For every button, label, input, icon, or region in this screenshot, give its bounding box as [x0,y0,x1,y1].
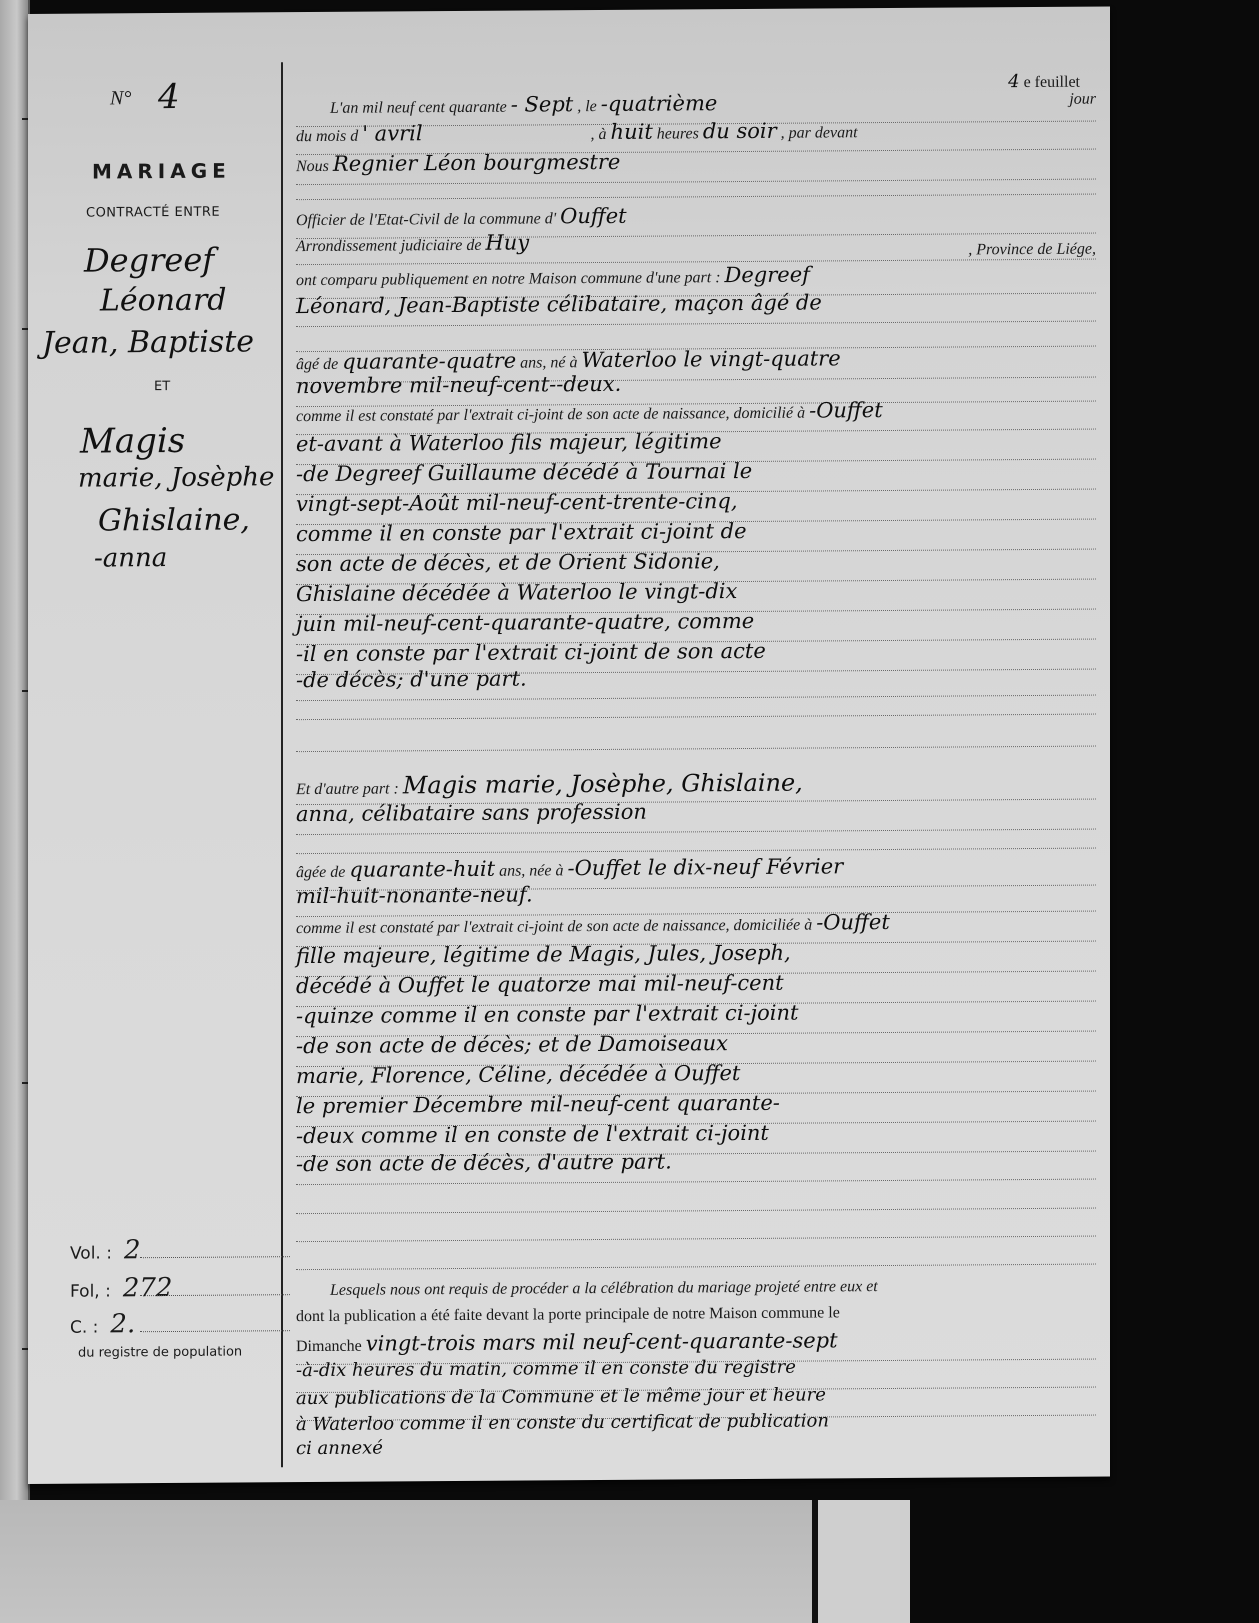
handwritten-groom-details: Léonard, Jean-Baptiste célibataire, maço… [296,290,822,318]
printed-text: du mois d [296,128,358,145]
handwritten-text: -de Degreef Guillaume décédé à Tournai l… [296,459,752,486]
printed-text: Officier de l'Etat-Civil de la commune d… [296,210,556,229]
handwritten-hour: huit [611,120,653,144]
handwritten-text: juin mil-neuf-cent-quarante-quatre, comm… [296,609,754,636]
printed-text: , par devant [781,124,858,142]
printed-text: âgée de [296,864,345,881]
conjunction-et: ET [154,379,170,394]
printed-text: Arrondissement judiciaire de [296,237,481,255]
dotted-line [296,745,1096,753]
handwritten-arrondissement: Huy [485,231,529,255]
handwritten-text: -à-dix heures du matin, comme il en cons… [296,1357,796,1381]
handwritten-groom-birthdate: novembre mil-neuf-cent--deux. [296,372,621,398]
printed-text: Dimanche [296,1338,362,1355]
register-c: C. :2. [70,1309,135,1339]
handwritten-bride-status: anna, célibataire sans profession [296,800,647,826]
handwritten-groom-age: quarante-quatre [342,349,516,374]
printed-text: Nous [296,158,329,175]
register-vol: Vol. :2 [70,1235,141,1265]
handwritten-bride-domicile: -Ouffet [816,910,890,935]
handwritten-text: à Waterloo comme il en conste du certifi… [296,1410,829,1435]
printed-text: jour [1069,91,1096,109]
handwritten-groom-birth: Waterloo le vingt-quatre [581,346,840,372]
act-number-label: N° [110,87,131,110]
handwritten-bride-age: quarante-huit [349,857,495,882]
fol-value: 272 [123,1273,173,1303]
handwritten-text: marie, Florence, Céline, décédée à Ouffe… [296,1061,740,1088]
handwritten-month: ' avril [362,121,422,145]
act-subtitle: CONTRACTÉ ENTRE [86,205,220,221]
previous-page-edge [0,0,30,1520]
bride-surname: Magis [80,421,185,462]
fol-label: Fol, : [70,1281,111,1301]
printed-text: , le [577,98,597,115]
groom-firstname: Léonard [100,283,227,319]
handwritten-text: -deux comme il en conste de l'extrait ci… [296,1121,769,1148]
act-body: L'an mil neuf cent quarante - Sept , le … [296,7,1096,13]
c-label: C. : [70,1318,98,1338]
dotted-line [296,713,1096,721]
printed-text: , Province de Liége, [968,241,1096,260]
handwritten-text: décédé à Ouffet le quatorze mai mil-neuf… [296,971,784,998]
handwritten-bride-name: Magis marie, Josèphe, Ghislaine, [403,769,803,800]
handwritten-text: le premier Décembre mil-neuf-cent quaran… [296,1091,780,1118]
lower-page [0,1500,910,1623]
handwritten-officer: Regnier Léon bourgmestre [333,150,620,176]
handwritten-text: vingt-sept-Août mil-neuf-cent-trente-cin… [296,489,738,516]
dotted-line [296,1207,1096,1215]
dotted-line [296,1235,1096,1243]
handwritten-time-of-day: du soir [703,119,777,144]
printed-text: ans, né à [520,354,577,371]
handwritten-text: son acte de décès, et de Orient Sidonie, [296,549,720,576]
handwritten-text: ci annexé [296,1438,383,1460]
handwritten-publication-date: vingt-trois mars mil neuf-cent-quarante-… [366,1328,838,1355]
dotted-line [140,1330,290,1332]
printed-text: comme il est constaté par l'extrait ci-j… [296,917,812,938]
handwritten-text: -de décès; d'une part. [296,667,527,693]
dotted-line [296,1263,1096,1271]
printed-text: comme il est constaté par l'extrait ci-j… [296,405,805,426]
handwritten-groom-surname: Degreef [725,263,810,288]
printed-text: dont la publication a été faite devant l… [296,1304,840,1325]
printed-text: Et d'autre part : [296,780,399,798]
page-edge-strip [818,1500,910,1623]
handwritten-text: -de son acte de décès; et de Damoiseaux [296,1031,728,1058]
handwritten-text: et-avant à Waterloo fils majeur, légitim… [296,429,722,456]
handwritten-year: - Sept [511,92,573,116]
c-value: 2. [110,1309,135,1339]
printed-text: Lesquels nous ont requis de procéder a l… [330,1278,878,1299]
vol-label: Vol. : [70,1243,112,1263]
dotted-line [140,1256,290,1258]
register-fol: Fol, :272 [70,1273,172,1304]
handwritten-bride-birthdate: mil-huit-nonante-neuf. [296,882,533,908]
printed-text: heures [657,125,699,142]
act-number-value: 4 [158,77,180,117]
groom-middlenames: Jean, Baptiste [42,324,254,360]
line-groom-name: Léonard, Jean-Baptiste célibataire, maço… [296,289,1096,328]
handwritten-text: -quinze comme il en conste par l'extrait… [296,1001,798,1029]
dotted-line [140,1294,290,1296]
printed-text: L'an mil neuf cent quarante [330,99,507,117]
register-footer: du registre de population [78,1345,242,1361]
bride-firstnames: marie, Josèphe [78,462,274,493]
vol-value: 2 [124,1235,141,1265]
groom-surname: Degreef [84,241,214,280]
publication-line: ci annexé [296,1433,1096,1471]
act-title: MARIAGE [92,159,231,184]
printed-text: , à [591,126,607,143]
line-officer: Nous Regnier Léon bourgmestre [296,147,1096,186]
handwritten-text: -de son acte de décès, d'autre part. [296,1150,672,1177]
groom-parents-line: -de décès; d'une part. [296,663,1096,702]
handwritten-text: fille majeure, légitime de Magis, Jules,… [296,941,791,968]
handwritten-day: -quatrième [601,91,718,116]
printed-text: ont comparu publiquement en notre Maison… [296,269,721,289]
bride-parents-line: -de son acte de décès, d'autre part. [296,1147,1096,1186]
line-bride-status: anna, célibataire sans profession [296,797,1096,836]
handwritten-text: -il en conste par l'extrait ci-joint de … [296,639,766,666]
handwritten-bride-birth: -Ouffet le dix-neuf Février [568,854,844,880]
register-sheet: N° 4 MARIAGE CONTRACTÉ ENTRE Degreef Léo… [28,6,1110,1484]
handwritten-commune: Ouffet [560,204,627,228]
printed-text: ans, née à [499,862,563,879]
handwritten-groom-domicile: -Ouffet [809,398,883,423]
handwritten-text: comme il en conste par l'extrait ci-join… [296,519,747,546]
line-arrondissement: Arrondissement judiciaire de Huy , Provi… [296,227,1096,266]
handwritten-text: aux publications de la Commune et le mêm… [296,1384,826,1409]
bride-lastname-part: -anna [94,543,167,574]
dotted-line [296,193,1096,201]
bride-middlename: Ghislaine, [98,502,250,538]
printed-text: âgé de [296,356,338,373]
handwritten-text: Ghislaine décédée à Waterloo le vingt-di… [296,579,737,606]
